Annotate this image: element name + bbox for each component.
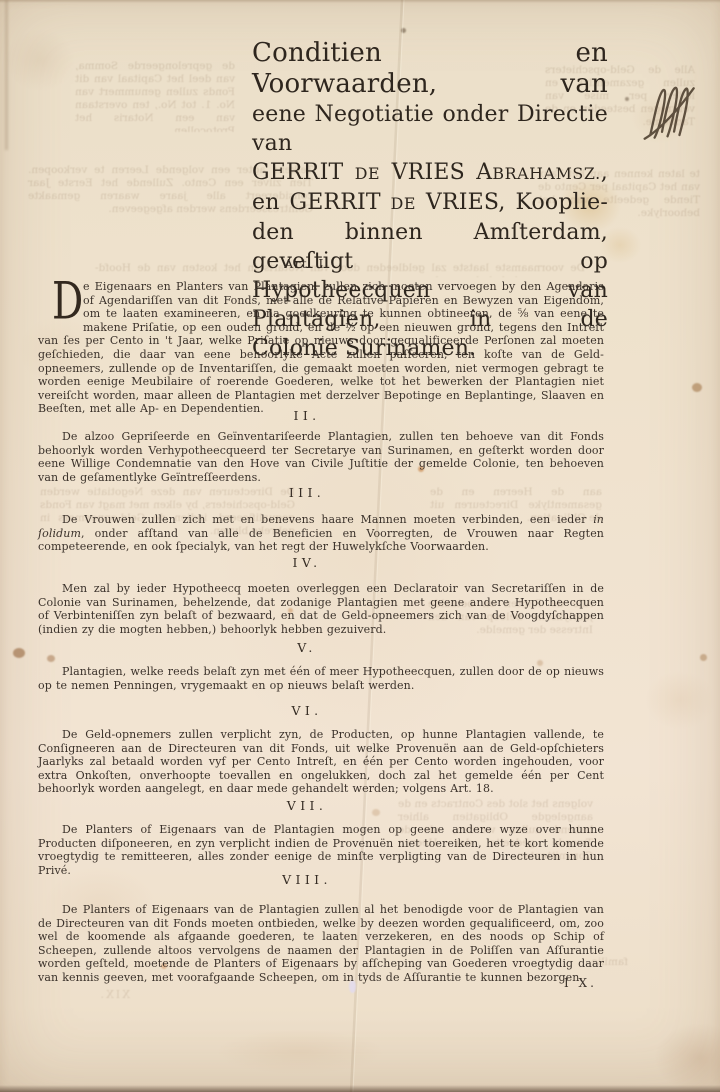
article-1-text: De Eigenaars en Planters van Plantagien,… bbox=[38, 280, 604, 416]
article-8-text: De Planters of Eigenaars van de Plantagi… bbox=[38, 903, 604, 985]
article-2-text: De alzoo Gepriſeerde en Geïnventariſeerd… bbox=[38, 430, 604, 484]
show-through-signature-mark: XIX. bbox=[70, 988, 130, 1004]
title-line-3: GERRIT DE VRIES ABRAHAMSZ., bbox=[252, 158, 608, 188]
article-1-heading: Art. I. bbox=[24, 256, 590, 271]
article-8-heading: VIII. bbox=[24, 872, 590, 887]
article-5-text: Plantagien, welke reeds belaſt zyn met é… bbox=[38, 665, 604, 692]
article-7-heading: VII. bbox=[24, 798, 590, 813]
article-6-text: De Geld-opnemers zullen verplicht zyn, d… bbox=[38, 728, 604, 796]
fox-spot bbox=[700, 654, 707, 661]
article-4-heading: IV. bbox=[24, 555, 590, 570]
article-3-heading: III. bbox=[24, 485, 590, 500]
drop-cap-letter: D bbox=[52, 281, 72, 322]
article-3: III. De Vrouwen zullen zich met en benev… bbox=[38, 485, 604, 554]
article-7: VII. De Planters of Eigenaars van de Pla… bbox=[38, 798, 604, 877]
title-line-1: Conditien en Voorwaarden, van bbox=[252, 38, 608, 100]
show-through-text: de geprelongeerde Somma, van deel het Ca… bbox=[75, 60, 235, 132]
article-5-heading: V. bbox=[24, 640, 590, 655]
paper-edge-crease bbox=[5, 0, 8, 150]
article-8: VIII. De Planters of Eigenaars van de Pl… bbox=[38, 872, 604, 985]
paper-edge-bottom bbox=[0, 1085, 720, 1092]
article-4: IV. Men zal by ieder Hypotheecq moeten o… bbox=[38, 555, 604, 636]
signature-ink-mark bbox=[633, 77, 705, 148]
document-page: de geprelongeerde Somma, van deel het Ca… bbox=[0, 0, 720, 1092]
article-1: Art. I. De Eigenaars en Planters van Pla… bbox=[38, 256, 604, 416]
article-7-text: De Planters of Eigenaars van de Plantagi… bbox=[38, 823, 604, 877]
article-6: VI. De Geld-opnemers zullen verplicht zy… bbox=[38, 703, 604, 796]
title-line-4: en GERRIT DE VRIES, Kooplie- bbox=[252, 188, 608, 218]
paper-edge-top bbox=[0, 0, 720, 3]
article-5: V. Plantagien, welke reeds belaſt zyn me… bbox=[38, 640, 604, 692]
article-3-text: De Vrouwen zullen zich met en benevens h… bbox=[38, 513, 604, 554]
article-2: II. De alzoo Gepriſeerde en Geïnventariſ… bbox=[38, 408, 604, 484]
article-6-heading: VI. bbox=[24, 703, 590, 718]
catchword-next-article: I X. bbox=[564, 976, 597, 990]
fox-spot bbox=[692, 383, 702, 392]
article-2-heading: II. bbox=[24, 408, 590, 423]
article-4-text: Men zal by ieder Hypotheecq moeten overl… bbox=[38, 582, 604, 636]
title-line-2: eene Negotiatie onder Directie van bbox=[252, 100, 608, 158]
ink-speck bbox=[401, 28, 406, 33]
